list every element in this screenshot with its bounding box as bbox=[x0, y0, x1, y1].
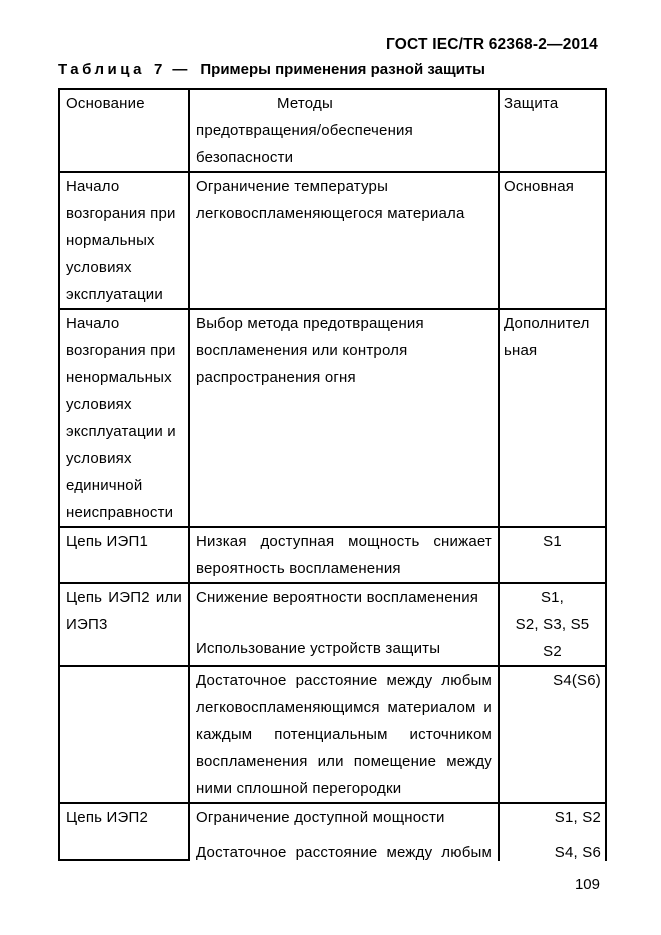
cell-methods: Ограничение доступной мощности Достаточн… bbox=[190, 804, 500, 861]
cell-line: Ограничение доступной мощности bbox=[196, 804, 492, 831]
cell-line: Основание bbox=[66, 90, 182, 117]
cell-protection: S4(S6) bbox=[500, 667, 605, 802]
cell-line: Методы bbox=[196, 90, 492, 117]
cell-line: Цепь ИЭП2 bbox=[66, 804, 182, 831]
cell-line: Снижение вероятности воспламенения bbox=[196, 584, 492, 611]
cell-basis: Началовозгорания приненормальныхусловиях… bbox=[60, 310, 190, 526]
table-row: Началовозгорания принормальныхусловияхэк… bbox=[60, 173, 605, 310]
cell-line: легковоспламеняющимся материалом и bbox=[196, 694, 492, 721]
cell-protection: S1 bbox=[500, 528, 605, 582]
cell-line: условиях bbox=[66, 254, 182, 281]
cell-methods: Ограничение температурылегковоспламеняющ… bbox=[190, 173, 500, 308]
cell-line: Выбор метода предотвращения bbox=[196, 310, 492, 337]
cell-basis: Цепь ИЭП1 bbox=[60, 528, 190, 582]
cell-line: S1 bbox=[504, 528, 601, 555]
cell-line: возгорания при bbox=[66, 200, 182, 227]
cell-line: Использование устройств защиты bbox=[196, 635, 492, 662]
cell-line bbox=[196, 831, 492, 839]
cell-line: вероятность воспламенения bbox=[196, 555, 492, 582]
cell-basis bbox=[60, 667, 190, 802]
table-row: Цепь ИЭП2 илиИЭП3 Снижение вероятности в… bbox=[60, 584, 605, 667]
table-row: Достаточное расстояние между любымлегков… bbox=[60, 667, 605, 804]
cell-line: Основная bbox=[504, 173, 601, 200]
table-row: Началовозгорания приненормальныхусловиях… bbox=[60, 310, 605, 528]
cell-line: Начало bbox=[66, 310, 182, 337]
cell-line: эксплуатации и bbox=[66, 418, 182, 445]
cell-protection: Основная bbox=[500, 173, 605, 308]
cell-basis: Цепь ИЭП2 bbox=[60, 804, 190, 861]
cell-line: легковоспламеняющегося материала bbox=[196, 200, 492, 227]
cell-line: предотвращения/обеспечения bbox=[196, 117, 492, 144]
cell-line: S2 bbox=[504, 638, 601, 665]
cell-basis: Цепь ИЭП2 илиИЭП3 bbox=[60, 584, 190, 665]
cell-line: каждым потенциальным источником bbox=[196, 721, 492, 748]
cell-line: Дополнител bbox=[504, 310, 601, 337]
cell-line: Цепь ИЭП1 bbox=[66, 528, 182, 555]
page-number: 109 bbox=[58, 876, 600, 894]
cell-line: Цепь ИЭП2 или bbox=[66, 584, 182, 611]
cell-line: возгорания при bbox=[66, 337, 182, 364]
cell-line: условиях bbox=[66, 445, 182, 472]
cell-line: Низкая доступная мощность снижает bbox=[196, 528, 492, 555]
cell-line: S4, S6 bbox=[504, 839, 601, 861]
cell-line: единичной bbox=[66, 472, 182, 499]
cell-basis: Началовозгорания принормальныхусловияхэк… bbox=[60, 173, 190, 308]
cell-methods: Выбор метода предотвращениявоспламенения… bbox=[190, 310, 500, 526]
cell-line: эксплуатации bbox=[66, 281, 182, 308]
cell-line: S4(S6) bbox=[504, 667, 601, 694]
cell-line: S1, S2 bbox=[504, 804, 601, 831]
table-caption: Таблица7—Примеры применения разной защит… bbox=[58, 60, 485, 79]
cell-methods: Снижение вероятности воспламенения Испол… bbox=[190, 584, 500, 665]
table-caption-number: 7 bbox=[154, 61, 162, 78]
table-caption-dash: — bbox=[172, 61, 187, 78]
cell-line: Начало bbox=[66, 173, 182, 200]
document-page: { "doc": { "number": "ГОСТ IEC/TR 62368-… bbox=[0, 0, 661, 935]
cell-line bbox=[504, 831, 601, 839]
cell-line: распространения огня bbox=[196, 364, 492, 391]
cell-methods: Низкая доступная мощность снижаетвероятн… bbox=[190, 528, 500, 582]
cell-line bbox=[196, 611, 492, 635]
cell-line: условиях bbox=[66, 391, 182, 418]
table-header-row: Основание Методыпредотвращения/обеспечен… bbox=[60, 90, 605, 173]
cell-line: Достаточное расстояние между любым bbox=[196, 839, 492, 861]
cell-line: неисправности bbox=[66, 499, 182, 526]
cell-protection: Дополнительная bbox=[500, 310, 605, 526]
table-row: Цепь ИЭП1 Низкая доступная мощность сниж… bbox=[60, 528, 605, 584]
cell-methods: Достаточное расстояние между любымлегков… bbox=[190, 667, 500, 802]
cell-line: Защита bbox=[504, 90, 601, 117]
cell-line: ненормальных bbox=[66, 364, 182, 391]
protection-examples-table: Основание Методыпредотвращения/обеспечен… bbox=[58, 88, 607, 861]
table-row-cutoff: Цепь ИЭП2 Ограничение доступной мощности… bbox=[60, 804, 605, 861]
cell-protection: S1, S2 S4, S6 bbox=[500, 804, 605, 861]
cell-line: ьная bbox=[504, 337, 601, 364]
table-caption-title: Примеры применения разной защиты bbox=[200, 61, 485, 78]
cell-line: ними сплошной перегородки bbox=[196, 775, 492, 802]
cell-line: Достаточное расстояние между любым bbox=[196, 667, 492, 694]
cell-line: нормальных bbox=[66, 227, 182, 254]
cell-line: воспламенения или контроля bbox=[196, 337, 492, 364]
cell-protection: S1,S2, S3, S5S2 bbox=[500, 584, 605, 665]
document-number: ГОСТ IEC/TR 62368-2—2014 bbox=[58, 36, 598, 54]
header-cell-basis: Основание bbox=[60, 90, 190, 171]
cell-line: ИЭП3 bbox=[66, 611, 182, 638]
cell-line: S1, bbox=[504, 584, 601, 611]
cell-line: безопасности bbox=[196, 144, 492, 171]
cell-line: воспламенения или помещение между bbox=[196, 748, 492, 775]
header-cell-methods: Методыпредотвращения/обеспечениябезопасн… bbox=[190, 90, 500, 171]
table-caption-label: Таблица bbox=[58, 61, 145, 78]
cell-line: Ограничение температуры bbox=[196, 173, 492, 200]
header-cell-protection: Защита bbox=[500, 90, 605, 171]
cell-line: S2, S3, S5 bbox=[504, 611, 601, 638]
